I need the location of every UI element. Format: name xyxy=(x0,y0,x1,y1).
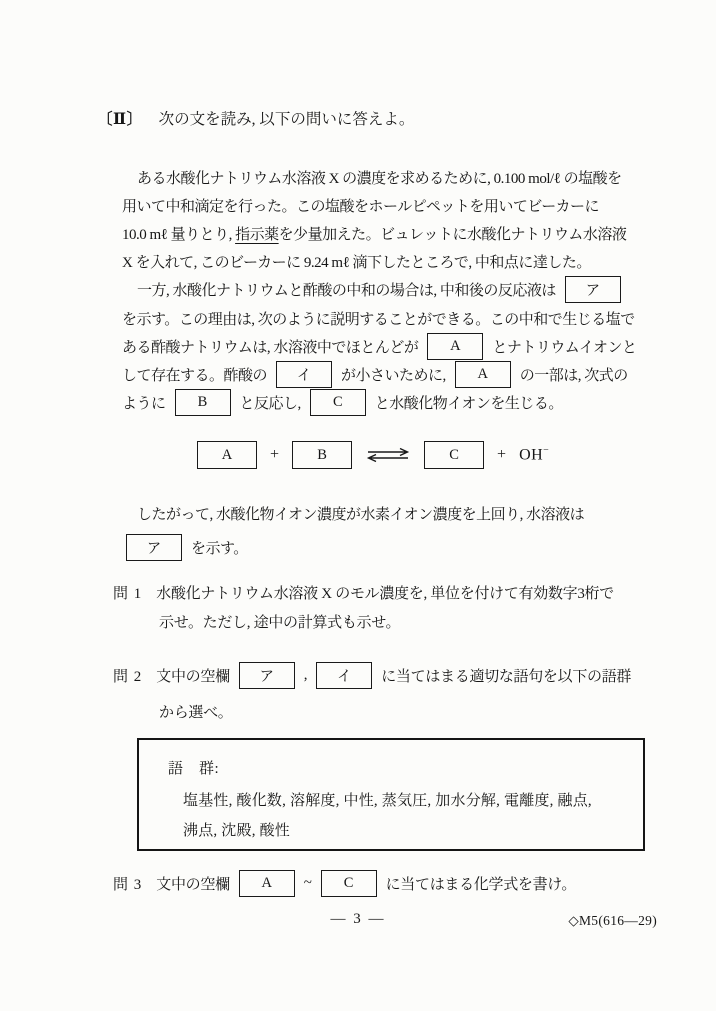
passage-text: 10.0 mℓ 量りとり, xyxy=(122,223,235,244)
blank-box-C: C xyxy=(310,389,366,416)
blank-label: ア xyxy=(260,665,275,686)
underlined-term: 指示薬 xyxy=(235,223,279,244)
separator: ~ xyxy=(304,875,312,892)
blank-box-A: A xyxy=(427,333,483,360)
passage-line: 一方, 水酸化ナトリウムと酢酸の中和の場合は, 中和後の反応液は ア xyxy=(122,276,662,304)
equilibrium-arrows-icon xyxy=(365,446,411,464)
blank-box-a: ア xyxy=(126,534,182,561)
passage-line: X を入れて, このビーカーに 9.24 mℓ 滴下したところで, 中和点に達し… xyxy=(122,248,662,276)
question-text: から選べ。 xyxy=(159,701,233,722)
passage-text: したがって, 水酸化物イオン濃度が水素イオン濃度を上回り, 水溶液は xyxy=(137,503,584,524)
passage-line: を示す。この理由は, 次のように説明することができる。この中和で生じる塩で xyxy=(122,304,662,332)
question-label: 問 3 xyxy=(113,873,142,894)
word-group-box: 語 群: 塩基性, 酸化数, 溶解度, 中性, 蒸気圧, 加水分解, 電離度, … xyxy=(137,738,645,851)
blank-box-A: A xyxy=(197,441,257,469)
blank-label: B xyxy=(317,447,327,464)
passage-text: が小さいために, xyxy=(341,364,446,385)
blank-box-i: イ xyxy=(276,361,332,388)
section-header: 〔Ⅱ〕次の文を読み, 以下の問いに答えよ。 xyxy=(97,107,414,129)
question-3: 問 3 文中の空欄 A ~ C に当てはまる化学式を書け。 xyxy=(113,869,576,898)
oh-base: OH xyxy=(519,447,543,464)
closing-paragraph: したがって, 水酸化物イオン濃度が水素イオン濃度を上回り, 水溶液は ア を示す… xyxy=(122,497,584,563)
blank-box-a: ア xyxy=(239,662,295,689)
passage-text: して存在する。酢酸の xyxy=(122,364,267,385)
passage-text: を示す。この理由は, 次のように説明することができる。この中和で生じる塩で xyxy=(122,308,635,329)
blank-box-B: B xyxy=(175,389,231,416)
chemical-equation: A + B C + OH− xyxy=(197,441,549,469)
passage-line: ように B と反応し, C と水酸化物イオンを生じる。 xyxy=(122,389,662,417)
passage-text: ある酢酸ナトリウムは, 水溶液中でほとんどが xyxy=(122,336,418,357)
passage-text: ある水酸化ナトリウム水溶液 X の濃度を求めるために, 0.100 mol/ℓ … xyxy=(137,167,622,188)
passage-text: と水酸化物イオンを生じる。 xyxy=(375,392,563,413)
passage-line: 用いて中和滴定を行った。この塩酸をホールピペットを用いてビーカーに xyxy=(122,191,662,219)
hydroxide-ion-formula: OH− xyxy=(519,445,549,464)
blank-label: C xyxy=(344,875,354,892)
question-2: 問 2 文中の空欄 ア , イ に当てはまる適切な語句を以下の語群 から選べ。 xyxy=(113,661,631,725)
question-line: 問 1 水酸化ナトリウム水溶液 X のモル濃度を, 単位を付けて有効数字3桁で xyxy=(113,578,614,606)
plus-sign: + xyxy=(270,446,279,464)
blank-label: A xyxy=(450,338,460,355)
passage-text: ように xyxy=(122,392,166,413)
word-group-items: 塩基性, 酸化数, 溶解度, 中性, 蒸気圧, 加水分解, 電離度, 融点, xyxy=(183,789,643,810)
blank-box-C: C xyxy=(321,870,377,897)
blank-label: ア xyxy=(147,537,162,558)
blank-label: イ xyxy=(297,364,312,385)
section-number: 〔Ⅱ〕 xyxy=(97,111,143,128)
question-text: に当てはまる適切な語句を以下の語群 xyxy=(381,665,631,686)
plus-sign: + xyxy=(497,446,506,464)
exam-page: 〔Ⅱ〕次の文を読み, 以下の問いに答えよ。 ある水酸化ナトリウム水溶液 X の濃… xyxy=(0,0,716,1011)
word-group-title: 語 群: xyxy=(168,757,643,778)
question-label: 問 1 xyxy=(113,582,142,603)
passage-text: とナトリウムイオンと xyxy=(492,336,636,357)
blank-box-B: B xyxy=(292,441,352,469)
separator: , xyxy=(304,667,307,684)
passage-text: を示す。 xyxy=(191,537,248,558)
question-label: 問 2 xyxy=(113,665,142,686)
passage-line: 10.0 mℓ 量りとり, 指示薬を少量加えた。ビュレットに水酸化ナトリウム水溶… xyxy=(122,219,662,247)
oh-charge: − xyxy=(543,445,549,456)
blank-label: C xyxy=(449,447,459,464)
blank-label: C xyxy=(333,394,343,411)
blank-box-C: C xyxy=(424,441,484,469)
blank-label: ア xyxy=(586,279,601,300)
passage-line: ある水酸化ナトリウム水溶液 X の濃度を求めるために, 0.100 mol/ℓ … xyxy=(122,163,662,191)
passage-line: したがって, 水酸化物イオン濃度が水素イオン濃度を上回り, 水溶液は xyxy=(122,497,584,529)
word-group-items: 沸点, 沈殿, 酸性 xyxy=(183,819,643,840)
blank-label: A xyxy=(222,447,232,464)
question-text: 文中の空欄 xyxy=(156,873,230,894)
blank-box-A: A xyxy=(455,361,511,388)
question-line: から選べ。 xyxy=(113,697,631,725)
passage-line: ある酢酸ナトリウムは, 水溶液中でほとんどが A とナトリウムイオンと xyxy=(122,332,662,360)
blank-box-i: イ xyxy=(316,662,372,689)
question-1: 問 1 水酸化ナトリウム水溶液 X のモル濃度を, 単位を付けて有効数字3桁で … xyxy=(113,578,614,635)
question-line: 問 2 文中の空欄 ア , イ に当てはまる適切な語句を以下の語群 xyxy=(113,661,631,690)
passage-line: して存在する。酢酸の イ が小さいために, A の一部は, 次式の xyxy=(122,360,662,388)
blank-label: A xyxy=(478,366,488,383)
passage: ある水酸化ナトリウム水溶液 X の濃度を求めるために, 0.100 mol/ℓ … xyxy=(122,163,662,417)
question-text: 水酸化ナトリウム水溶液 X のモル濃度を, 単位を付けて有効数字3桁で xyxy=(156,582,614,603)
blank-box-A: A xyxy=(239,870,295,897)
question-line: 示せ。ただし, 途中の計算式も示せ。 xyxy=(113,607,614,635)
question-text: 示せ。ただし, 途中の計算式も示せ。 xyxy=(159,611,400,632)
question-text: に当てはまる化学式を書け。 xyxy=(386,873,577,894)
blank-label: B xyxy=(198,394,208,411)
question-line: 問 3 文中の空欄 A ~ C に当てはまる化学式を書け。 xyxy=(113,869,576,898)
passage-text: 用いて中和滴定を行った。この塩酸をホールピペットを用いてビーカーに xyxy=(122,195,599,216)
passage-text: と反応し, xyxy=(240,392,301,413)
blank-box-a: ア xyxy=(565,276,621,303)
blank-label: イ xyxy=(337,665,352,686)
passage-text: の一部は, 次式の xyxy=(520,364,628,385)
passage-text: 一方, 水酸化ナトリウムと酢酸の中和の場合は, 中和後の反応液は xyxy=(137,279,556,300)
question-text: 文中の空欄 xyxy=(156,665,230,686)
passage-text: を少量加えた。ビュレットに水酸化ナトリウム水溶液 xyxy=(279,223,627,244)
document-code: ◇M5(616—29) xyxy=(568,913,657,929)
blank-label: A xyxy=(262,875,272,892)
passage-line: ア を示す。 xyxy=(122,531,584,563)
section-instruction: 次の文を読み, 以下の問いに答えよ。 xyxy=(159,111,415,128)
passage-text: X を入れて, このビーカーに 9.24 mℓ 滴下したところで, 中和点に達し… xyxy=(122,251,591,272)
